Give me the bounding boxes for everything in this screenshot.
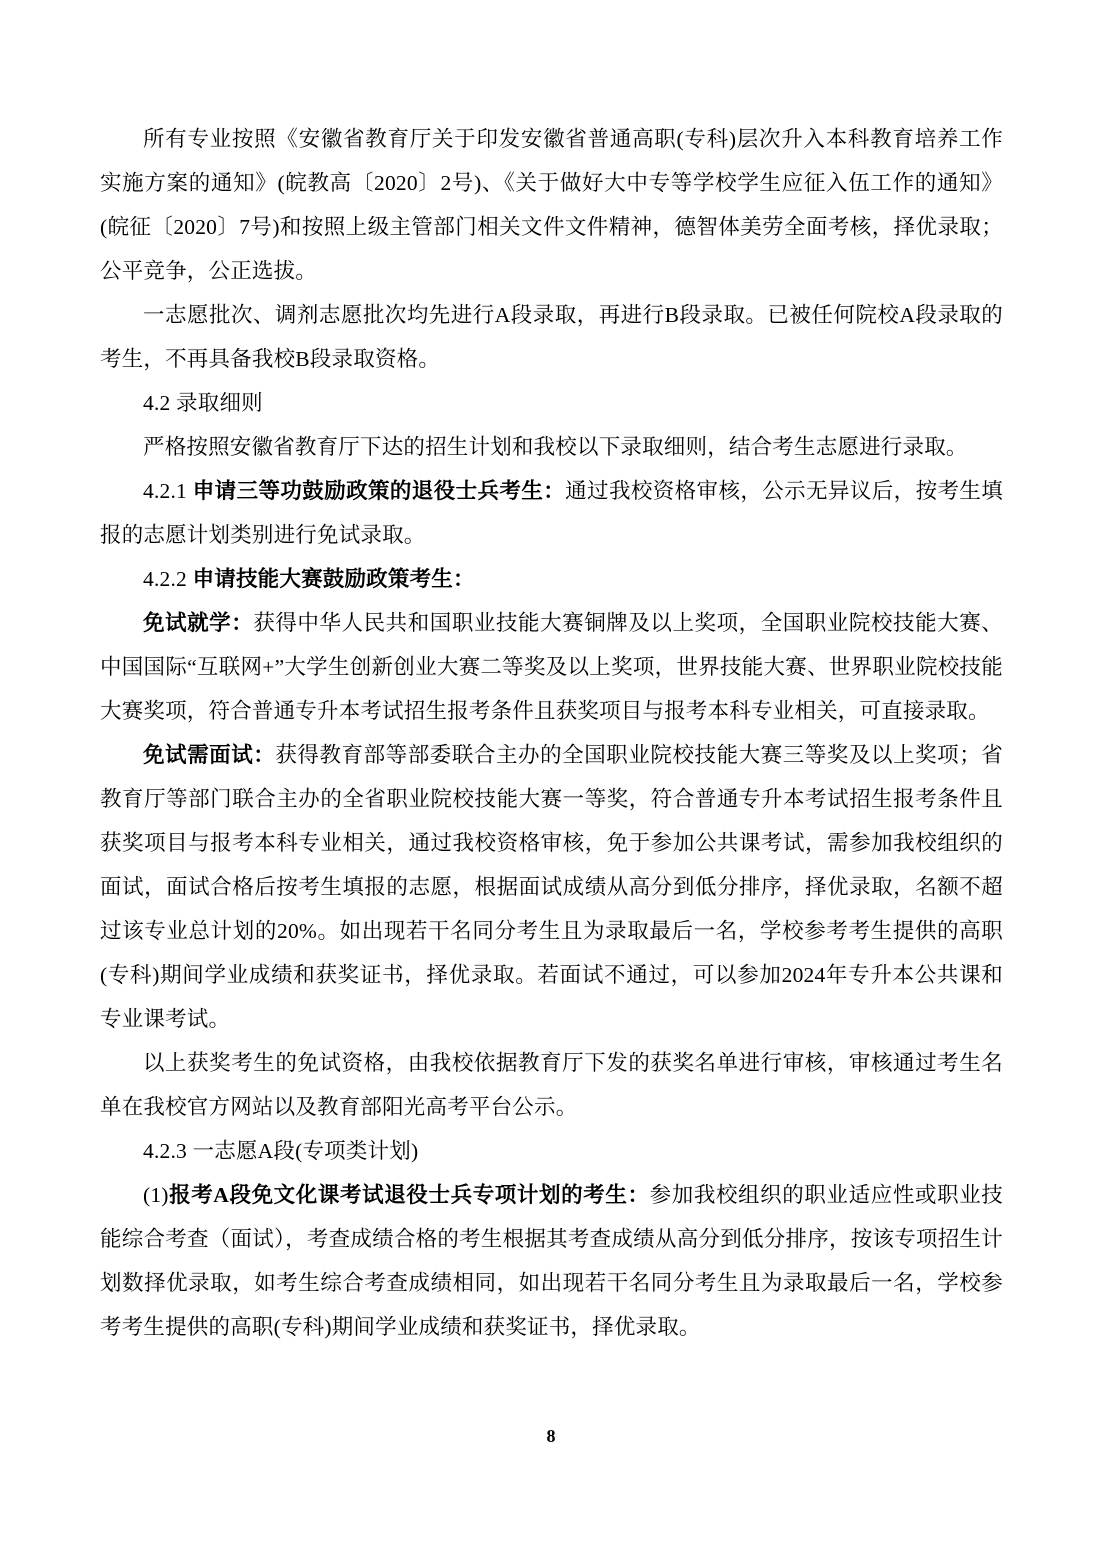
paragraph-text: 所有专业按照《安徽省教育厅关于印发安徽省普通高职(专科)层次升入本科教育培养工作… <box>100 127 1003 283</box>
paragraph-4-2-2: 4.2.2 申请技能大赛鼓励政策考生： <box>100 557 1003 601</box>
paragraph-section-a-veteran: (1)报考A段免文化课考试退役士兵专项计划的考生：参加我校组织的职业适应性或职业… <box>100 1173 1003 1349</box>
section-number: 4.2.1 <box>143 479 193 503</box>
bold-lead-section-a-veteran: 报考A段免文化课考试退役士兵专项计划的考生： <box>169 1183 650 1207</box>
document-body: 所有专业按照《安徽省教育厅关于印发安徽省普通高职(专科)层次升入本科教育培养工作… <box>100 117 1003 1349</box>
paragraph-exempt-admission: 免试就学：获得中华人民共和国职业技能大赛铜牌及以上奖项，全国职业院校技能大赛、中… <box>100 601 1003 733</box>
paragraph-text: 获得教育部等部委联合主办的全国职业院校技能大赛三等奖及以上奖项；省教育厅等部门联… <box>100 743 1003 1031</box>
bold-lead-exempt-study: 免试就学： <box>143 611 253 635</box>
bold-lead-skill-contest: 申请技能大赛鼓励政策考生： <box>193 567 475 591</box>
page-footer: 8 <box>0 1422 1102 1450</box>
paragraph-text: 严格按照安徽省教育厅下达的招生计划和我校以下录取细则，结合考生志愿进行录取。 <box>143 435 968 459</box>
item-number: (1) <box>143 1183 169 1207</box>
heading-text: 4.2 录取细则 <box>143 391 263 415</box>
heading-4-2: 4.2 录取细则 <box>100 381 1003 425</box>
bold-lead-exempt-interview: 免试需面试： <box>143 743 275 767</box>
paragraph-intro-policy: 所有专业按照《安徽省教育厅关于印发安徽省普通高职(专科)层次升入本科教育培养工作… <box>100 117 1003 293</box>
document-page: 所有专业按照《安徽省教育厅关于印发安徽省普通高职(专科)层次升入本科教育培养工作… <box>0 0 1102 1559</box>
bold-lead-veteran-merit: 申请三等功鼓励政策的退役士兵考生： <box>193 479 565 503</box>
paragraph-award-review: 以上获奖考生的免试资格，由我校依据教育厅下发的获奖名单进行审核，审核通过考生名单… <box>100 1041 1003 1129</box>
heading-text: 4.2.3 一志愿A段(专项类计划) <box>143 1139 418 1163</box>
paragraph-plan-rules: 严格按照安徽省教育厅下达的招生计划和我校以下录取细则，结合考生志愿进行录取。 <box>100 425 1003 469</box>
heading-4-2-3: 4.2.3 一志愿A段(专项类计划) <box>100 1129 1003 1173</box>
paragraph-text: 一志愿批次、调剂志愿批次均先进行A段录取，再进行B段录取。已被任何院校A段录取的… <box>100 303 1003 371</box>
paragraph-4-2-1: 4.2.1 申请三等功鼓励政策的退役士兵考生：通过我校资格审核，公示无异议后，按… <box>100 469 1003 557</box>
section-number: 4.2.2 <box>143 567 193 591</box>
paragraph-text: 以上获奖考生的免试资格，由我校依据教育厅下发的获奖名单进行审核，审核通过考生名单… <box>100 1051 1003 1119</box>
paragraph-batch-order: 一志愿批次、调剂志愿批次均先进行A段录取，再进行B段录取。已被任何院校A段录取的… <box>100 293 1003 381</box>
page-number: 8 <box>547 1426 556 1446</box>
paragraph-exempt-interview: 免试需面试：获得教育部等部委联合主办的全国职业院校技能大赛三等奖及以上奖项；省教… <box>100 733 1003 1041</box>
